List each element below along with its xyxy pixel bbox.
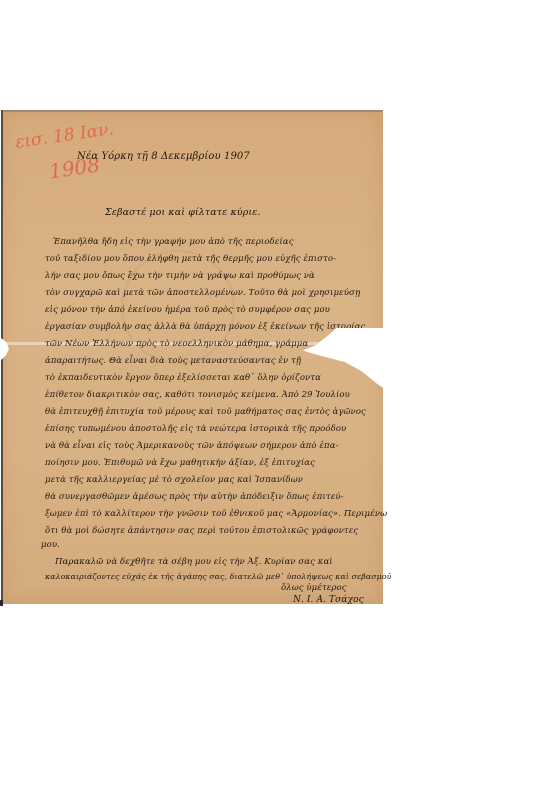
body-line: ἐπίσης τυπωμένου ἀποστολῆς εἰς τὰ νεώτερ…	[45, 425, 346, 434]
body-line: τῶν Νέων Ἑλλήνων πρὸς τὸ νεοελληνικὸν μά…	[45, 340, 308, 349]
body-line: λήν σας μου ὅπως ἔχω τὴν τιμὴν νὰ γράψω …	[45, 272, 315, 281]
body-line: θὰ συνεργασθῶμεν ἀμέσως πρὸς τὴν αὐτὴν ἀ…	[45, 493, 344, 502]
signature: Ν. Ι. Α. Τσάχος	[293, 596, 364, 605]
red-annotation-received: εισ. 18 Ιαν.	[14, 121, 115, 152]
closing-line: καλοκαιριάζοντες εὐχάς ἐκ τῆς ἀγάπης σας…	[45, 573, 391, 581]
body-line: ποίησιν μου. Ἐπιθυμῶ νὰ ἔχω μαθητικὴν ἀξ…	[45, 459, 315, 468]
body-line: τὸ ἐκπαιδευτικὸν ἔργον ὅπερ ἐξελίσσεται …	[45, 374, 321, 383]
body-line: Ἐπανῆλθα ἤδη εἰς τὴν γραφήν μου ἀπὸ τῆς …	[53, 238, 294, 247]
closing-line: Παρακαλῶ νὰ δεχθῆτε τὰ σέβη μου εἰς τὴν …	[55, 558, 333, 567]
sign-off: ὅλως ὑμέτερος	[281, 584, 347, 593]
body-line: μετὰ τῆς καλλιεργείας μὲ τὸ σχολεῖον μας…	[45, 476, 303, 485]
body-line: τὸν συγχαρῶ καὶ μετὰ τῶν ἀποστελλομένων.…	[45, 289, 360, 298]
body-line: θὰ ἐπιτευχθῇ ἐπιτυχία τοῦ μέρους καὶ τοῦ…	[45, 408, 366, 417]
body-line: μου.	[41, 541, 60, 550]
body-line: ξωμεν ἐπὶ τὸ καλλίτερον τὴν γνῶσιν τοῦ ἐ…	[45, 510, 387, 519]
body-line: ὅτι θὰ μοὶ δώσητε ἀπάντησιν σας περὶ τού…	[45, 527, 358, 536]
body-line: ἐργασίαν συμβολὴν σας ἀλλὰ θὰ ὑπάρχῃ μόν…	[45, 323, 365, 332]
body-line: νὰ θὰ εἶναι εἰς τοὺς Ἀμερικανοὺς τῶν ἀπό…	[45, 442, 339, 451]
scan-margin-mark	[0, 600, 3, 606]
body-line: εἰς μόνον τὴν ἀπό ἐκείνου ἡμέρα τοῦ πρὸς…	[45, 306, 330, 315]
paper-top-edge	[1, 110, 383, 112]
body-line: τοῦ ταξιδίου μου ὅπου ἐλήφθη μετὰ τῆς θε…	[45, 255, 336, 264]
body-line: ἐπίθετον διακριτικὸν σας, καθότι τονισμὸ…	[45, 391, 350, 400]
scan-page: εισ. 18 Ιαν. 1908 Νέα Υόρκη τῇ 8 Δεκεμβρ…	[0, 0, 549, 800]
body-line: ἀπαραιτήτως. Θὰ εἶναι διὰ τοὺς μεταναστε…	[45, 357, 301, 366]
letter-salutation: Σεβαστέ μοι καὶ φίλτατε κύριε.	[105, 208, 260, 218]
letter-paper: εισ. 18 Ιαν. 1908 Νέα Υόρκη τῇ 8 Δεκεμβρ…	[1, 110, 383, 604]
letter-date-line: Νέα Υόρκη τῇ 8 Δεκεμβρίου 1907	[77, 152, 250, 162]
